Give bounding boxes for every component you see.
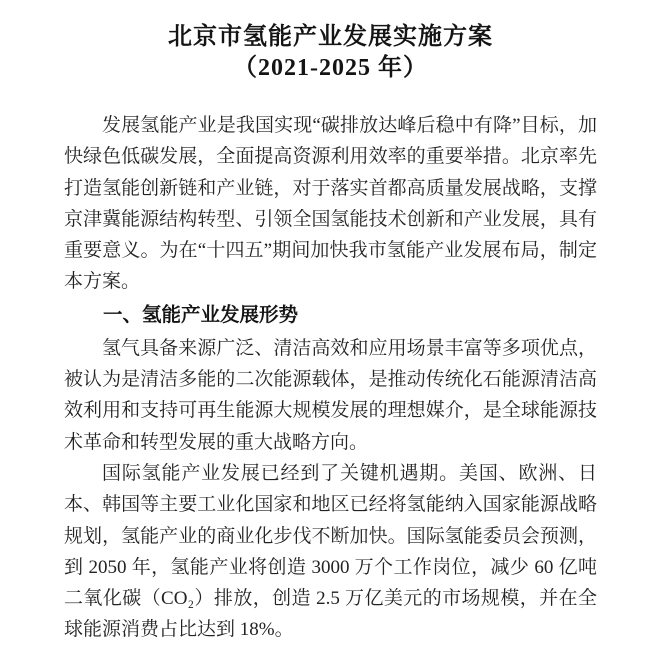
- paragraph-intro: 发展氢能产业是我国实现“碳排放达峰后稳中有降”目标，加快绿色低碳发展，全面提高资…: [64, 110, 597, 298]
- section-heading-hydrogen-industry-situation: 一、氢能产业发展形势: [64, 299, 597, 332]
- paragraph-international-outlook: 国际氢能产业发展已经到了关键机遇期。美国、欧洲、日本、韩国等主要工业化国家和地区…: [64, 458, 597, 646]
- paragraph-hydrogen-advantages: 氢气具备来源广泛、清洁高效和应用场景丰富等多项优点，被认为是清洁多能的二次能源载…: [64, 333, 597, 458]
- document-title-line-2: （2021-2025 年）: [64, 53, 597, 84]
- document-viewport: { "document": { "title": { "line1": "北京市…: [0, 0, 660, 661]
- document-title: 北京市氢能产业发展实施方案 （2021-2025 年）: [64, 22, 597, 84]
- document-page: 北京市氢能产业发展实施方案 （2021-2025 年） 发展氢能产业是我国实现“…: [0, 0, 660, 661]
- document-title-line-1: 北京市氢能产业发展实施方案: [64, 22, 597, 53]
